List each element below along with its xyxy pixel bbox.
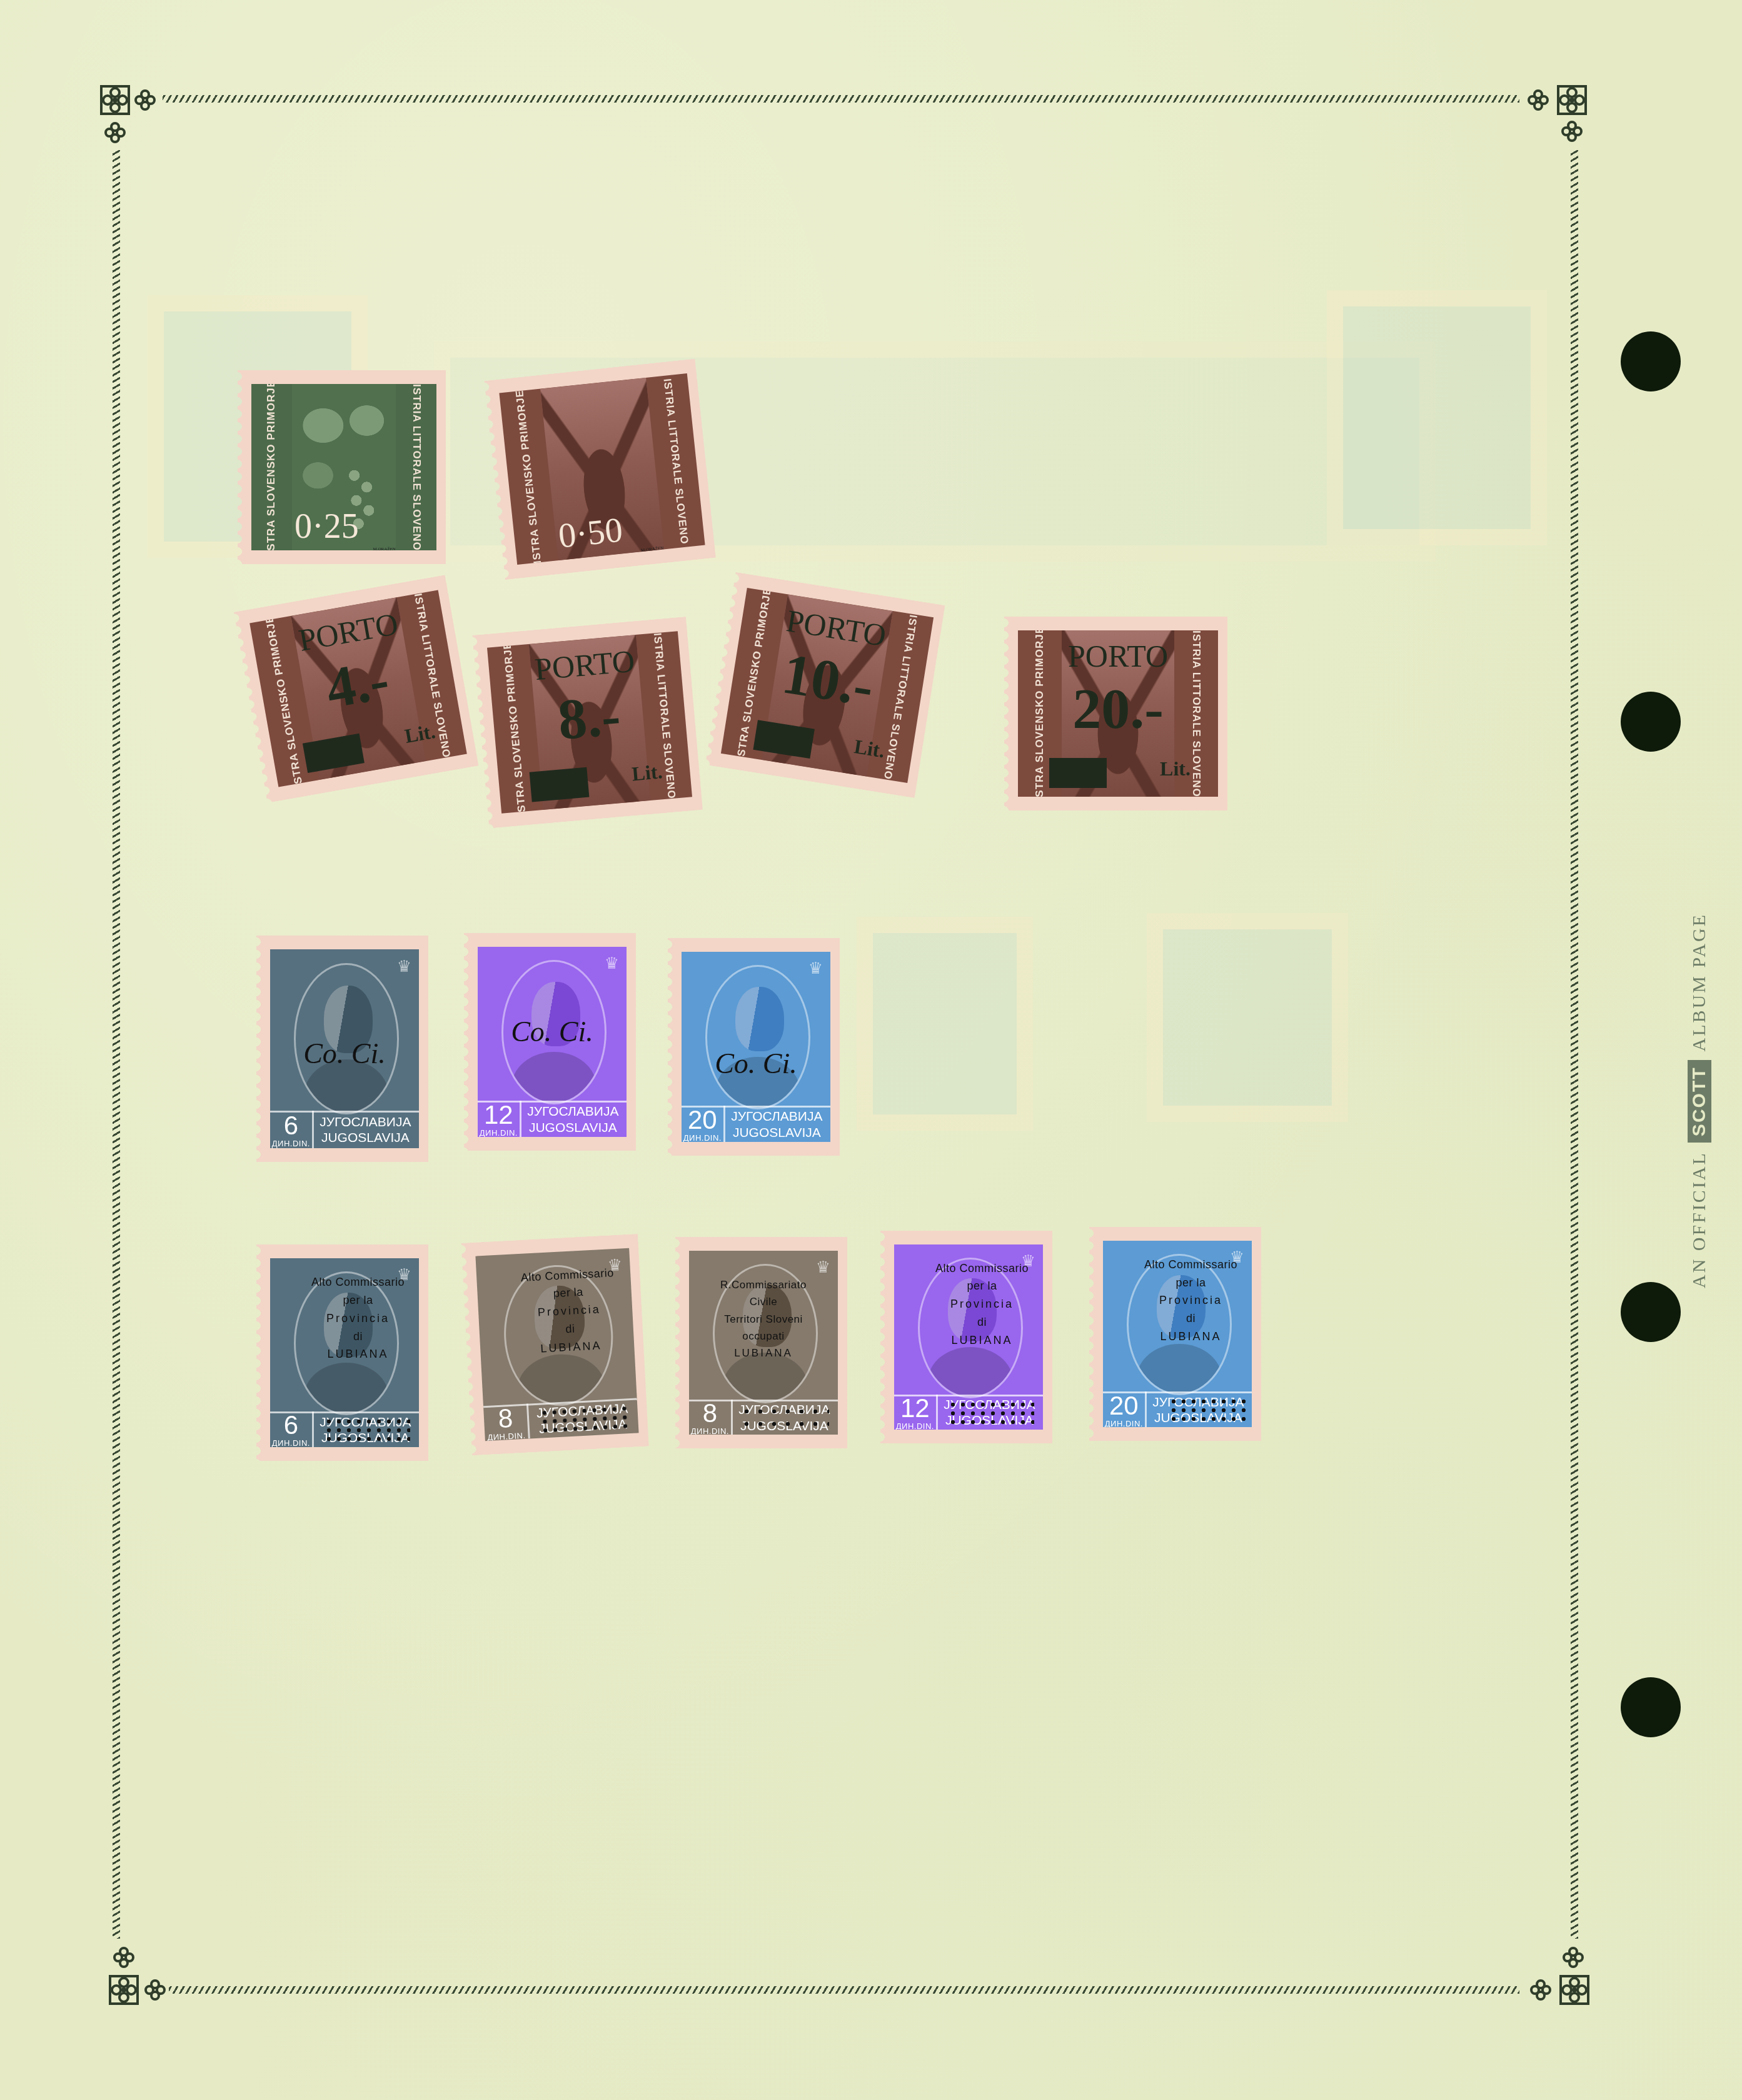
obliterating-dots — [324, 1417, 410, 1443]
imprint-suffix: ALBUM PAGE — [1689, 913, 1710, 1051]
obliterating-dots — [740, 1405, 829, 1431]
country-latin: JUGOSLAVIJA — [733, 1125, 821, 1141]
coci-overprint: Co. Ci. — [270, 1037, 419, 1070]
stamp-istria-grapes[interactable]: ISTRA SLOVENSKO PRIMORJE 0·25 M.ORAŽEN I… — [238, 370, 450, 564]
currency-label: Lit. — [1160, 757, 1191, 780]
scott-imprint: AN OFFICIAL SCOTT ALBUM PAGE — [1688, 913, 1711, 1288]
binder-punch-hole — [1621, 331, 1681, 391]
quatrefoil-icon — [1528, 1977, 1553, 2002]
crown-icon: ♛ — [605, 954, 619, 973]
obliterating-bar — [530, 767, 590, 802]
stamp-porto-20[interactable]: ISTRA SLOVENSKO PRIMORJE ISTRIA LITTORAL… — [1004, 617, 1232, 810]
stamp-value: 20 — [688, 1107, 717, 1133]
country-latin: JUGOSLAVIJA — [529, 1120, 617, 1136]
obliterating-dots — [1169, 1397, 1252, 1423]
stamp-lubiana-12[interactable]: ♛ 12 ДИН.DIN. ЈУГОСЛАВИЈА JUGOSLAVIJA Al… — [880, 1231, 1057, 1443]
border-top — [163, 95, 1519, 103]
show-through-ghost — [873, 933, 1017, 1114]
country-latin: JUGOSLAVIJA — [321, 1130, 410, 1146]
lubiana-overprint: Alto Commissario per la Provincia di LUB… — [924, 1259, 1040, 1350]
corner-rosette-icon — [1557, 85, 1587, 115]
stamp-unit: ДИН.DIN. — [480, 1128, 518, 1137]
corner-rosette-icon — [109, 1975, 139, 2005]
stamp-inscription: ISTRIA LITTORALE SLOVENO — [410, 384, 422, 550]
stamp-lubiana-8-rcc[interactable]: ♛ 8 ДИН.DIN. ЈУГОСЛАВИЈА JUGOSLAVIJA R.C… — [675, 1237, 852, 1448]
grapes-vignette: 0·25 M.ORAŽEN — [292, 384, 396, 550]
stamp-coci-20[interactable]: ♛ 20 ДИН.DIN. ЈУГОСЛАВИЈА JUGOSLAVIJA Co… — [668, 938, 844, 1156]
crown-icon: ♛ — [397, 957, 411, 976]
stamp-unit: ДИН.DIN. — [691, 1426, 729, 1435]
obliterating-bar — [1049, 758, 1107, 788]
quatrefoil-icon — [1561, 1945, 1586, 1970]
crown-icon: ♛ — [816, 1258, 830, 1277]
stamp-inscription: ISTRA SLOVENSKO PRIMORJE — [514, 389, 544, 564]
porto-value: 20.- — [1018, 675, 1218, 742]
coci-overprint: Co. Ci. — [682, 1047, 830, 1080]
stamp-value: 8 — [703, 1400, 717, 1426]
obliterating-dots — [539, 1404, 630, 1435]
corner-rosette-icon — [1559, 1975, 1589, 2005]
border-left — [113, 150, 120, 1939]
binder-punch-hole — [1621, 1677, 1681, 1737]
obliterating-dots — [948, 1400, 1034, 1426]
lubiana-overprint: Alto Commissario per la Provincia di LUB… — [300, 1273, 416, 1363]
quatrefoil-icon — [103, 120, 128, 145]
scott-logo: SCOTT — [1688, 1060, 1711, 1143]
stamp-coci-12[interactable]: ♛ 12 ДИН.DIN. ЈУГОСЛАВИЈА JUGOSLAVIJA Co… — [464, 933, 640, 1151]
stamp-coci-6[interactable]: ♛ 6 ДИН.DIN. ЈУГОСЛАВИЈА JUGOSLAVIJA Co.… — [256, 936, 433, 1162]
quatrefoil-icon — [133, 88, 158, 113]
binder-punch-hole — [1621, 692, 1681, 752]
king-portrait — [705, 965, 810, 1109]
quatrefoil-icon — [111, 1945, 136, 1970]
stamp-lubiana-20[interactable]: ♛ 20 ДИН.DIN. ЈУГОСЛАВИЈА JUGOSLAVIJA Al… — [1089, 1227, 1266, 1441]
currency-label: Lit. — [852, 735, 886, 762]
stamp-unit: ДИН.DIN. — [1105, 1419, 1143, 1427]
stamp-lubiana-8[interactable]: ♛ 8 ДИН.DIN. ЈУГОСЛАВИЈА JUGOSLAVIJA Alt… — [461, 1234, 653, 1456]
designer-mark: M.ORAŽEN — [373, 547, 396, 550]
country-cyrillic: ЈУГОСЛАВИЈА — [731, 1109, 822, 1124]
coci-overprint: Co. Ci. — [478, 1015, 627, 1048]
show-through-ghost — [1343, 306, 1531, 529]
currency-label: Lit. — [631, 760, 663, 785]
stamp-value: 12 — [900, 1395, 930, 1421]
binder-punch-hole — [1621, 1282, 1681, 1342]
stamp-lubiana-6[interactable]: ♛ 6 ДИН.DIN. ЈУГОСЛАВИЈА JUGOSLAVIJA Alt… — [256, 1244, 433, 1461]
quatrefoil-icon — [143, 1977, 168, 2002]
stamp-value: 20 — [1109, 1393, 1139, 1419]
country-cyrillic: ЈУГОСЛАВИЈА — [320, 1114, 411, 1130]
stamp-istria-donkey[interactable]: ISTRA SLOVENSKO PRIMORJE 0·50 M.ORAŽEN I… — [484, 358, 720, 580]
stamp-value: 8 — [498, 1405, 514, 1432]
stamp-value: 0·50 — [556, 510, 625, 556]
porto-overprint: PORTO — [1018, 638, 1218, 674]
donkey-vignette: 0·50 M.ORAŽEN — [540, 378, 663, 560]
country-cyrillic: ЈУГОСЛАВИЈА — [527, 1104, 618, 1119]
border-right — [1571, 150, 1578, 1939]
stamp-porto-4[interactable]: ISTRA SLOVENSKO PRIMORJE ISTRIA LITTORAL… — [234, 574, 483, 803]
stamp-unit: ДИН.DIN. — [487, 1431, 526, 1441]
stamp-value: 0·25 — [295, 507, 359, 547]
stamp-inscription: ISTRA SLOVENSKO PRIMORJE — [266, 384, 278, 550]
stamp-inscription: ISTRIA LITTORALE SLOVENO — [661, 378, 690, 545]
stamp-porto-10[interactable]: ISTRA SLOVENSKO PRIMORJE ISTRIA LITTORAL… — [705, 572, 950, 799]
quatrefoil-icon — [1559, 119, 1584, 144]
stamp-value: 12 — [484, 1102, 513, 1128]
stamp-unit: ДИН.DIN. — [683, 1133, 722, 1142]
stamp-value: 6 — [284, 1113, 298, 1139]
lubiana-overprint: Alto Commissario per la Provincia di LUB… — [507, 1263, 632, 1360]
quatrefoil-icon — [1526, 88, 1551, 113]
imprint-prefix: AN OFFICIAL — [1689, 1151, 1710, 1288]
show-through-ghost — [1163, 929, 1332, 1106]
rcc-overprint: R.Commissariato Civile Territori Sloveni… — [689, 1276, 838, 1361]
corner-rosette-icon — [100, 85, 130, 115]
border-bottom — [169, 1986, 1519, 1994]
stamp-unit: ДИН.DIN. — [272, 1139, 310, 1148]
stamp-value: 6 — [284, 1412, 298, 1438]
stamp-unit: ДИН.DIN. — [896, 1421, 934, 1430]
crown-icon: ♛ — [808, 959, 823, 978]
stamp-unit: ДИН.DIN. — [272, 1438, 310, 1447]
stamp-porto-8[interactable]: ISTRA SLOVENSKO PRIMORJE ISTRIA LITTORAL… — [472, 616, 707, 828]
designer-mark: M.ORAŽEN — [641, 545, 664, 553]
lubiana-overprint: Alto Commissario per la Provincia di LUB… — [1133, 1256, 1249, 1346]
